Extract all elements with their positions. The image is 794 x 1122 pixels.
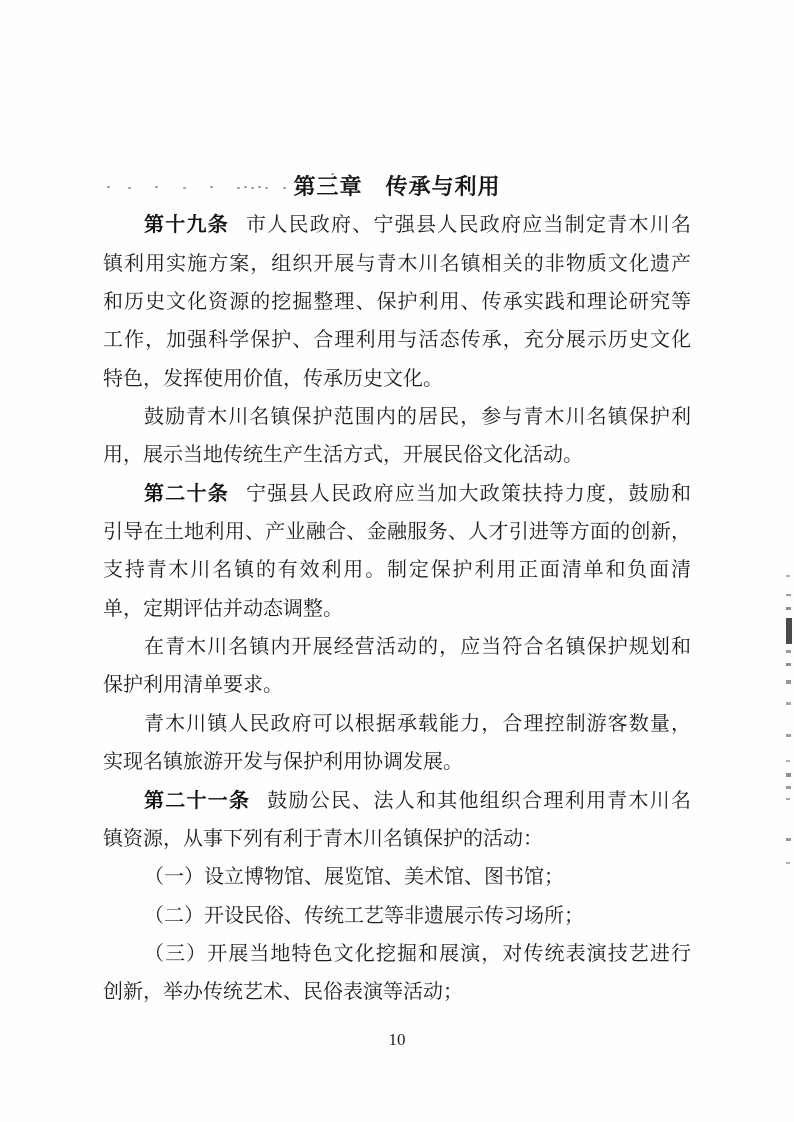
scan-edge-mark [786, 862, 790, 864]
text-line: 镇利用实施方案，组织开展与青木川名镇相关的非物质文化遗产 [103, 245, 691, 283]
text-line: 青木川镇人民政府可以根据承载能力，合理控制游客数量， [103, 705, 691, 743]
document-page: 第三章 传承与利用 第十九条市人民政府、宁强县人民政府应当制定青木川名镇利用实施… [0, 0, 794, 1122]
text-run: 在青木川名镇内开展经营活动的，应当符合名镇保护规划和 [144, 636, 691, 658]
scan-edge-mark [786, 734, 791, 737]
text-lines: 第十九条市人民政府、宁强县人民政府应当制定青木川名镇利用实施方案，组织开展与青木… [103, 206, 691, 1011]
chapter-title: 第三章 传承与利用 [103, 168, 691, 206]
text-run: 镇资源，从事下列有利于青木川名镇保护的活动： [103, 828, 543, 850]
text-line: 镇资源，从事下列有利于青木川名镇保护的活动： [103, 820, 691, 858]
text-run: 青木川镇人民政府可以根据承载能力，合理控制游客数量， [144, 713, 691, 735]
text-line: 引导在土地利用、产业融合、金融服务、人才引进等方面的创新， [103, 513, 691, 551]
text-run: （三）开展当地特色文化挖掘和展演，对传统表演技艺进行 [144, 943, 691, 965]
text-run: 支持青木川名镇的有效利用。制定保护利用正面清单和负面清 [103, 559, 691, 581]
text-run: （一）设立博物馆、展览馆、美术馆、图书馆； [144, 866, 564, 888]
text-line: 第二十条宁强县人民政府应当加大政策扶持力度，鼓励和 [103, 475, 691, 513]
scan-edge-mark [786, 773, 791, 777]
text-run: 创新，举办传统艺术、民俗表演等活动； [103, 981, 463, 1003]
text-run: 和历史文化资源的挖掘整理、保护利用、传承实践和理论研究等 [103, 291, 691, 313]
text-line: 第二十一条鼓励公民、法人和其他组织合理利用青木川名 [103, 782, 691, 820]
text-line: 用，展示当地传统生产生活方式，开展民俗文化活动。 [103, 436, 691, 474]
page-number: 10 [0, 1028, 794, 1052]
scan-edge-mark [786, 838, 791, 841]
text-line: 鼓励青木川名镇保护范围内的居民，参与青木川名镇保护利 [103, 398, 691, 436]
text-run: 宁强县人民政府应当加大政策扶持力度，鼓励和 [246, 483, 691, 505]
text-line: 创新，举办传统艺术、民俗表演等活动； [103, 973, 691, 1011]
text-line: 和历史文化资源的挖掘整理、保护利用、传承实践和理论研究等 [103, 283, 691, 321]
text-block: 第三章 传承与利用 第十九条市人民政府、宁强县人民政府应当制定青木川名镇利用实施… [103, 168, 691, 1012]
text-run: 市人民政府、宁强县人民政府应当制定青木川名 [246, 214, 691, 236]
scan-edge-mark [786, 798, 790, 800]
text-run: 鼓励青木川名镇保护范围内的居民，参与青木川名镇保护利 [144, 406, 691, 428]
scan-edge-mark [786, 680, 791, 684]
scan-edge-mark [786, 618, 792, 644]
text-line: 单，定期评估并动态调整。 [103, 590, 691, 628]
text-run: 特色，发挥使用价值，传承历史文化。 [103, 368, 443, 390]
text-line: （一）设立博物馆、展览馆、美术馆、图书馆； [103, 858, 691, 896]
text-run: 镇利用实施方案，组织开展与青木川名镇相关的非物质文化遗产 [103, 253, 691, 275]
scan-edge-mark [786, 650, 791, 653]
article-number: 第二十条 [144, 483, 229, 505]
scan-edge-mark [786, 760, 790, 762]
scan-edge-mark [786, 702, 791, 705]
text-line: （二）开设民俗、传统工艺等非遗展示传习场所； [103, 897, 691, 935]
text-line: 第十九条市人民政府、宁强县人民政府应当制定青木川名 [103, 206, 691, 244]
article-number: 第十九条 [144, 214, 229, 236]
text-run: （二）开设民俗、传统工艺等非遗展示传习场所； [144, 905, 584, 927]
text-line: 支持青木川名镇的有效利用。制定保护利用正面清单和负面清 [103, 551, 691, 589]
text-line: 特色，发挥使用价值，传承历史文化。 [103, 360, 691, 398]
text-line: 在青木川名镇内开展经营活动的，应当符合名镇保护规划和 [103, 628, 691, 666]
article-number: 第二十一条 [144, 790, 250, 812]
text-run: 工作，加强科学保护、合理利用与活态传承，充分展示历史文化 [103, 329, 691, 351]
text-run: 用，展示当地传统生产生活方式，开展民俗文化活动。 [103, 444, 583, 466]
text-run: 鼓励公民、法人和其他组织合理利用青木川名 [267, 790, 691, 812]
text-run: 引导在土地利用、产业融合、金融服务、人才引进等方面的创新， [103, 521, 691, 543]
text-line: 实现名镇旅游开发与保护利用协调发展。 [103, 743, 691, 781]
text-line: 工作，加强科学保护、合理利用与活态传承，充分展示历史文化 [103, 321, 691, 359]
scan-edge-mark [786, 663, 791, 666]
text-line: （三）开展当地特色文化挖掘和展演，对传统表演技艺进行 [103, 935, 691, 973]
scan-edge-mark [786, 575, 790, 577]
text-run: 保护利用清单要求。 [103, 674, 283, 696]
text-line: 保护利用清单要求。 [103, 666, 691, 704]
text-run: 实现名镇旅游开发与保护利用协调发展。 [103, 751, 463, 773]
scan-edge-mark [786, 607, 791, 610]
scan-edge-mark [786, 594, 791, 596]
text-run: 单，定期评估并动态调整。 [103, 598, 343, 620]
scan-edge-mark [786, 786, 791, 789]
